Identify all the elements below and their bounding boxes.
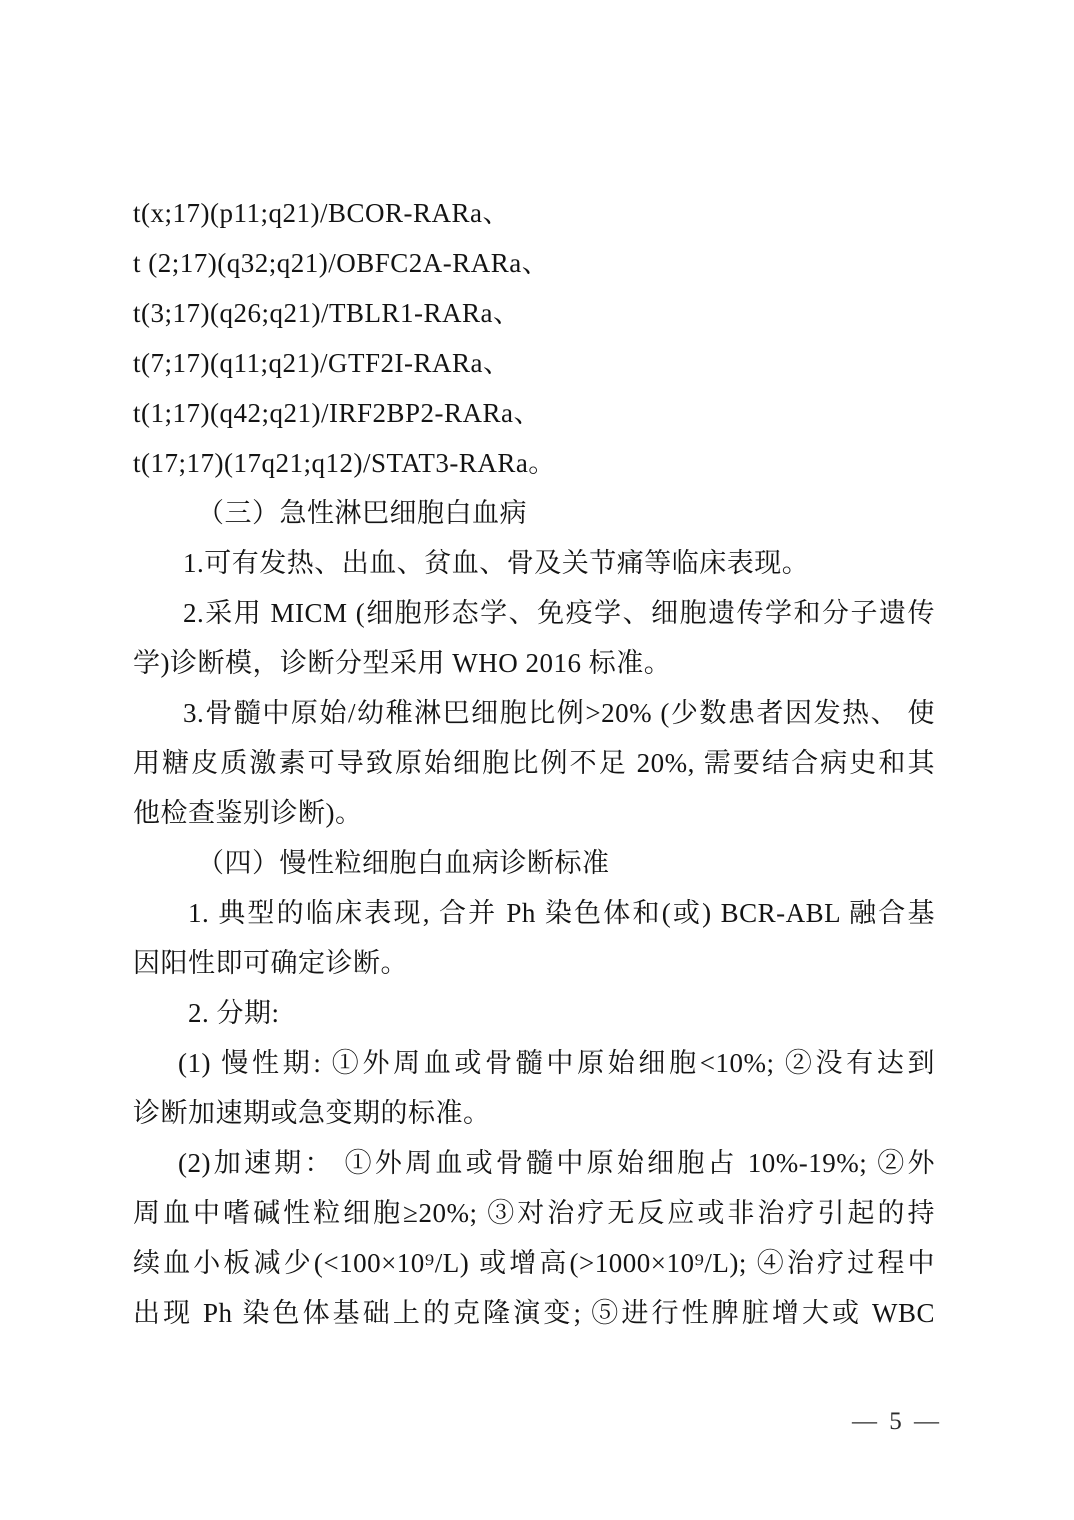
document-body: t(x;17)(p11;q21)/BCOR-RARa、 t (2;17)(q32… — [133, 188, 935, 1338]
text-line: 2.采用 MICM (细胞形态学、免疫学、细胞遗传学和分子遗传 — [133, 588, 935, 638]
text-line: 诊断加速期或急变期的标准。 — [133, 1088, 935, 1138]
text-line: 续血小板减少(<100×10⁹/L) 或增高(>1000×10⁹/L); ④治疗… — [133, 1238, 935, 1288]
text-line: t(17;17)(17q21;q12)/STAT3-RARa。 — [133, 438, 935, 488]
text-line: 他检查鉴别诊断)。 — [133, 788, 935, 838]
page-number: — 5 — — [852, 1405, 942, 1439]
text-line: 周血中嗜碱性粒细胞≥20%; ③对治疗无反应或非治疗引起的持 — [133, 1188, 935, 1238]
text-line: (1) 慢性期: ①外周血或骨髓中原始细胞<10%; ②没有达到 — [133, 1038, 935, 1088]
text-line: 出现 Ph 染色体基础上的克隆演变; ⑤进行性脾脏增大或 WBC — [133, 1288, 935, 1338]
section-heading: （四）慢性粒细胞白血病诊断标准 — [133, 838, 935, 888]
text-line: (2)加速期： ①外周血或骨髓中原始细胞占 10%-19%; ②外 — [133, 1138, 935, 1188]
text-line: 1.可有发热、出血、贫血、骨及关节痛等临床表现。 — [133, 538, 935, 588]
text-line: t(7;17)(q11;q21)/GTF2I-RARa、 — [133, 338, 935, 388]
text-line: 2. 分期: — [133, 988, 935, 1038]
text-line: 用糖皮质激素可导致原始细胞比例不足 20%, 需要结合病史和其 — [133, 738, 935, 788]
text-line: t(3;17)(q26;q21)/TBLR1-RARa、 — [133, 288, 935, 338]
text-line: t(x;17)(p11;q21)/BCOR-RARa、 — [133, 188, 935, 238]
text-line: 学)诊断模，诊断分型采用 WHO 2016 标准。 — [133, 638, 935, 688]
text-line: 1. 典型的临床表现, 合并 Ph 染色体和(或) BCR-ABL 融合基 — [133, 888, 935, 938]
text-line: 3.骨髓中原始/幼稚淋巴细胞比例>20% (少数患者因发热、 使 — [133, 688, 935, 738]
text-line: 因阳性即可确定诊断。 — [133, 938, 935, 988]
text-line: t (2;17)(q32;q21)/OBFC2A-RARa、 — [133, 238, 935, 288]
section-heading: （三）急性淋巴细胞白血病 — [133, 488, 935, 538]
text-line: t(1;17)(q42;q21)/IRF2BP2-RARa、 — [133, 388, 935, 438]
